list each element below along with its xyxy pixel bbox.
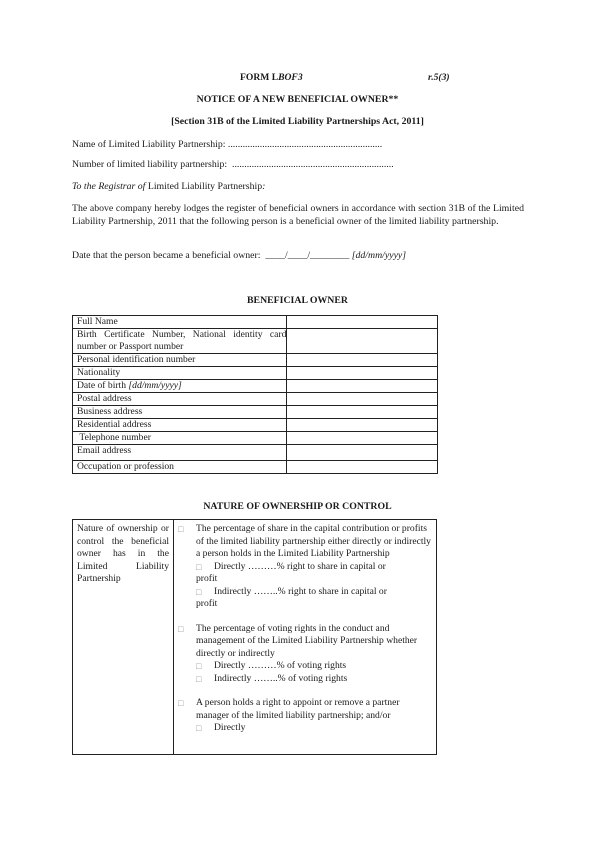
row-label: Residential address bbox=[73, 419, 287, 432]
nature-of-control-table: Nature of ownership or control the benef… bbox=[72, 519, 437, 755]
row-label: Date of birth [dd/mm/yyyy] bbox=[73, 380, 287, 393]
row-value-field[interactable] bbox=[287, 380, 438, 393]
table-row: Personal identification number bbox=[73, 354, 438, 367]
beneficial-owner-table: Full NameBirth Certificate Number, Natio… bbox=[72, 315, 438, 474]
sub-option-continuation: profit bbox=[196, 598, 432, 611]
llp-number-field[interactable]: Number of limited liability partnership:… bbox=[72, 159, 394, 170]
row-label: Postal address bbox=[73, 393, 287, 406]
llp-name-label: Name of Limited Liability Partnership: bbox=[72, 139, 225, 150]
sub-option-continuation: profit bbox=[196, 573, 432, 586]
row-label: Email address bbox=[73, 445, 287, 461]
sub-option: □Directly ………% right to share in capital… bbox=[196, 561, 432, 574]
sub-option-label: Indirectly ……..% of voting rights bbox=[214, 673, 432, 686]
option-label: The percentage of share in the capital c… bbox=[196, 523, 432, 561]
checkbox-icon[interactable]: □ bbox=[178, 697, 196, 722]
nature-of-control-label: Nature of ownership or control the benef… bbox=[73, 520, 174, 755]
checkbox-icon[interactable]: □ bbox=[196, 561, 214, 574]
form-prefix: FORM L bbox=[240, 72, 278, 83]
table-row: Residential address bbox=[73, 419, 438, 432]
rule-reference: r.5(3) bbox=[428, 72, 450, 83]
registrar-text: Limited Liability Partnership bbox=[145, 181, 262, 192]
row-value-field[interactable] bbox=[287, 367, 438, 380]
row-label: Occupation or profession bbox=[73, 461, 287, 474]
row-value-field[interactable] bbox=[287, 329, 438, 354]
llp-name-field[interactable]: Name of Limited Liability Partnership: .… bbox=[72, 139, 382, 150]
sub-option: □Indirectly ……..% right to share in capi… bbox=[196, 586, 432, 599]
date-label: Date that the person became a beneficial… bbox=[72, 250, 261, 261]
llp-number-label: Number of limited liability partnership: bbox=[72, 159, 227, 170]
row-value-field[interactable] bbox=[287, 461, 438, 474]
checkbox-icon[interactable]: □ bbox=[196, 722, 214, 735]
registrar-line: To the Registrar of Limited Liability Pa… bbox=[72, 181, 265, 192]
row-label: Nationality bbox=[73, 367, 287, 380]
ownership-option: □A person holds a right to appoint or re… bbox=[178, 697, 432, 722]
checkbox-icon[interactable]: □ bbox=[178, 523, 196, 561]
form-code: FORM LBOF3 bbox=[240, 72, 303, 83]
form-code-number: BOF3 bbox=[278, 72, 303, 83]
llp-number-blank[interactable]: ........................................… bbox=[232, 159, 394, 170]
date-blank[interactable]: ____/____/________ bbox=[265, 250, 349, 261]
table-row: Nationality bbox=[73, 367, 438, 380]
row-value-field[interactable] bbox=[287, 393, 438, 406]
section-reference: [Section 31B of the Limited Liability Pa… bbox=[0, 116, 595, 127]
document-title: NOTICE OF A NEW BENEFICIAL OWNER** bbox=[0, 94, 595, 105]
checkbox-icon[interactable]: □ bbox=[196, 660, 214, 673]
llp-name-blank[interactable]: ........................................… bbox=[228, 139, 382, 150]
option-label: A person holds a right to appoint or rem… bbox=[196, 697, 432, 722]
table-row: Occupation or profession bbox=[73, 461, 438, 474]
row-label: Telephone number bbox=[73, 432, 287, 445]
row-label: Personal identification number bbox=[73, 354, 287, 367]
row-label: Full Name bbox=[73, 316, 287, 329]
spacer bbox=[178, 685, 432, 697]
sub-option-label: Directly ………% of voting rights bbox=[214, 660, 432, 673]
table-row: Email address bbox=[73, 445, 438, 461]
sub-option: □Indirectly ……..% of voting rights bbox=[196, 673, 432, 686]
row-value-field[interactable] bbox=[287, 316, 438, 329]
table-row: Date of birth [dd/mm/yyyy] bbox=[73, 380, 438, 393]
beneficial-owner-heading: BENEFICIAL OWNER bbox=[0, 295, 595, 306]
sub-option: □Directly ………% of voting rights bbox=[196, 660, 432, 673]
row-label: Birth Certificate Number, National ident… bbox=[73, 329, 287, 354]
registrar-colon: : bbox=[262, 181, 265, 192]
sub-option-label: Directly bbox=[214, 722, 432, 735]
table-row: Birth Certificate Number, National ident… bbox=[73, 329, 438, 354]
date-field[interactable]: Date that the person became a beneficial… bbox=[72, 250, 406, 261]
spacer bbox=[178, 611, 432, 623]
table-row: Business address bbox=[73, 406, 438, 419]
nature-of-control-options: □The percentage of share in the capital … bbox=[174, 520, 437, 755]
ownership-option: □The percentage of voting rights in the … bbox=[178, 623, 432, 661]
table-row: Telephone number bbox=[73, 432, 438, 445]
option-label: The percentage of voting rights in the c… bbox=[196, 623, 432, 661]
table-row: Full Name bbox=[73, 316, 438, 329]
checkbox-icon[interactable]: □ bbox=[196, 673, 214, 686]
checkbox-icon[interactable]: □ bbox=[196, 586, 214, 599]
row-value-field[interactable] bbox=[287, 445, 438, 461]
declaration-paragraph: The above company hereby lodges the regi… bbox=[72, 203, 524, 228]
sub-option: □Directly bbox=[196, 722, 432, 735]
checkbox-icon[interactable]: □ bbox=[178, 623, 196, 661]
registrar-italic: To the Registrar of bbox=[72, 181, 145, 192]
sub-option-label: Indirectly ……..% right to share in capit… bbox=[214, 586, 432, 599]
row-value-field[interactable] bbox=[287, 354, 438, 367]
nature-of-control-heading: NATURE OF OWNERSHIP OR CONTROL bbox=[0, 501, 595, 512]
row-value-field[interactable] bbox=[287, 419, 438, 432]
date-format-hint: [dd/mm/yyyy] bbox=[352, 250, 406, 261]
row-label: Business address bbox=[73, 406, 287, 419]
row-value-field[interactable] bbox=[287, 406, 438, 419]
sub-option-label: Directly ………% right to share in capital … bbox=[214, 561, 432, 574]
ownership-option: □The percentage of share in the capital … bbox=[178, 523, 432, 561]
row-value-field[interactable] bbox=[287, 432, 438, 445]
table-row: Postal address bbox=[73, 393, 438, 406]
